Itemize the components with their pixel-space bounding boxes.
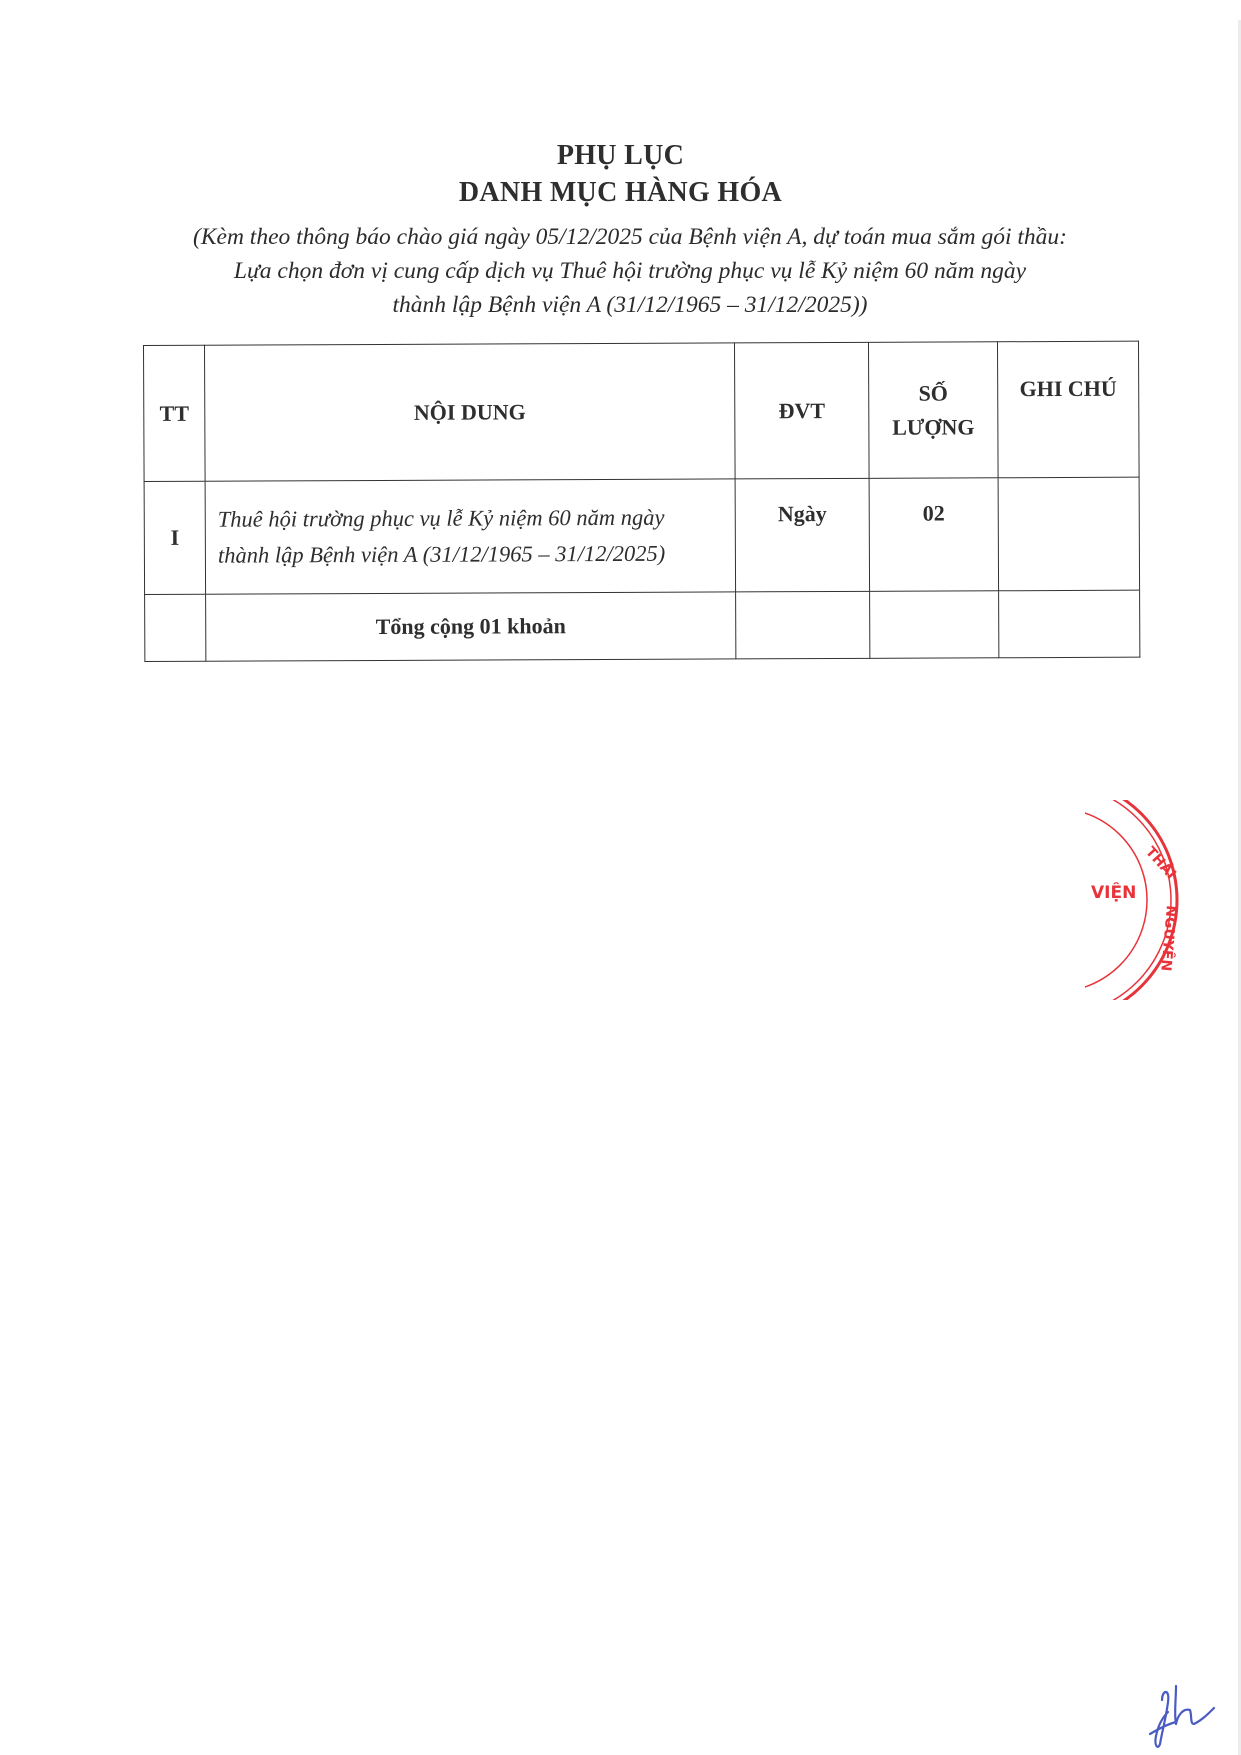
header-quantity-line1: SỐ xyxy=(869,376,997,411)
subtitle-line: thành lập Bệnh viện A (31/12/1965 – 31/1… xyxy=(130,288,1130,322)
total-note xyxy=(999,590,1140,658)
row-unit: Ngày xyxy=(735,478,869,592)
row-quantity: 02 xyxy=(869,478,998,592)
red-seal-stamp: VIỆN THÁI NGUYÊN xyxy=(1085,800,1241,1000)
svg-text:NGUYÊN: NGUYÊN xyxy=(1157,905,1180,972)
handwritten-signature xyxy=(1140,1670,1220,1750)
total-unit xyxy=(736,591,870,659)
row-content: Thuê hội trường phục vụ lễ Kỷ niệm 60 nă… xyxy=(205,479,735,594)
total-quantity xyxy=(870,591,999,659)
table-header-row: TT NỘI DUNG ĐVT SỐ LƯỢNG GHI CHÚ xyxy=(144,341,1140,481)
row-tt: I xyxy=(144,481,205,594)
document-title-goods-list: DANH MỤC HÀNG HÓA xyxy=(0,177,1241,209)
header-content: NỘI DUNG xyxy=(205,343,736,481)
header-tt: TT xyxy=(144,345,206,481)
table-total-row: Tổng cộng 01 khoản xyxy=(145,590,1140,661)
document-title-appendix: PHỤ LỤC xyxy=(0,140,1241,172)
header-quantity-line2: LƯỢNG xyxy=(869,410,997,445)
subtitle-line: (Kèm theo thông báo chào giá ngày 05/12/… xyxy=(130,220,1130,254)
subtitle-line: Lựa chọn đơn vị cung cấp dịch vụ Thuê hộ… xyxy=(130,254,1130,288)
stamp-text-vien: VIỆN xyxy=(1091,881,1136,903)
row-content-line: Thuê hội trường phục vụ lễ Kỷ niệm 60 nă… xyxy=(218,499,735,537)
row-note xyxy=(998,477,1139,591)
total-tt xyxy=(145,594,206,661)
document-subtitle: (Kèm theo thông báo chào giá ngày 05/12/… xyxy=(130,220,1130,322)
header-quantity: SỐ LƯỢNG xyxy=(868,342,998,479)
header-unit: ĐVT xyxy=(734,342,869,479)
table-row: I Thuê hội trường phục vụ lễ Kỷ niệm 60 … xyxy=(144,477,1139,594)
header-note: GHI CHÚ xyxy=(997,341,1139,478)
goods-table: TT NỘI DUNG ĐVT SỐ LƯỢNG GHI CHÚ I Thuê … xyxy=(143,341,1140,662)
row-content-line: thành lập Bệnh viện A (31/12/1965 – 31/1… xyxy=(218,535,735,573)
total-label: Tổng cộng 01 khoản xyxy=(206,592,736,661)
